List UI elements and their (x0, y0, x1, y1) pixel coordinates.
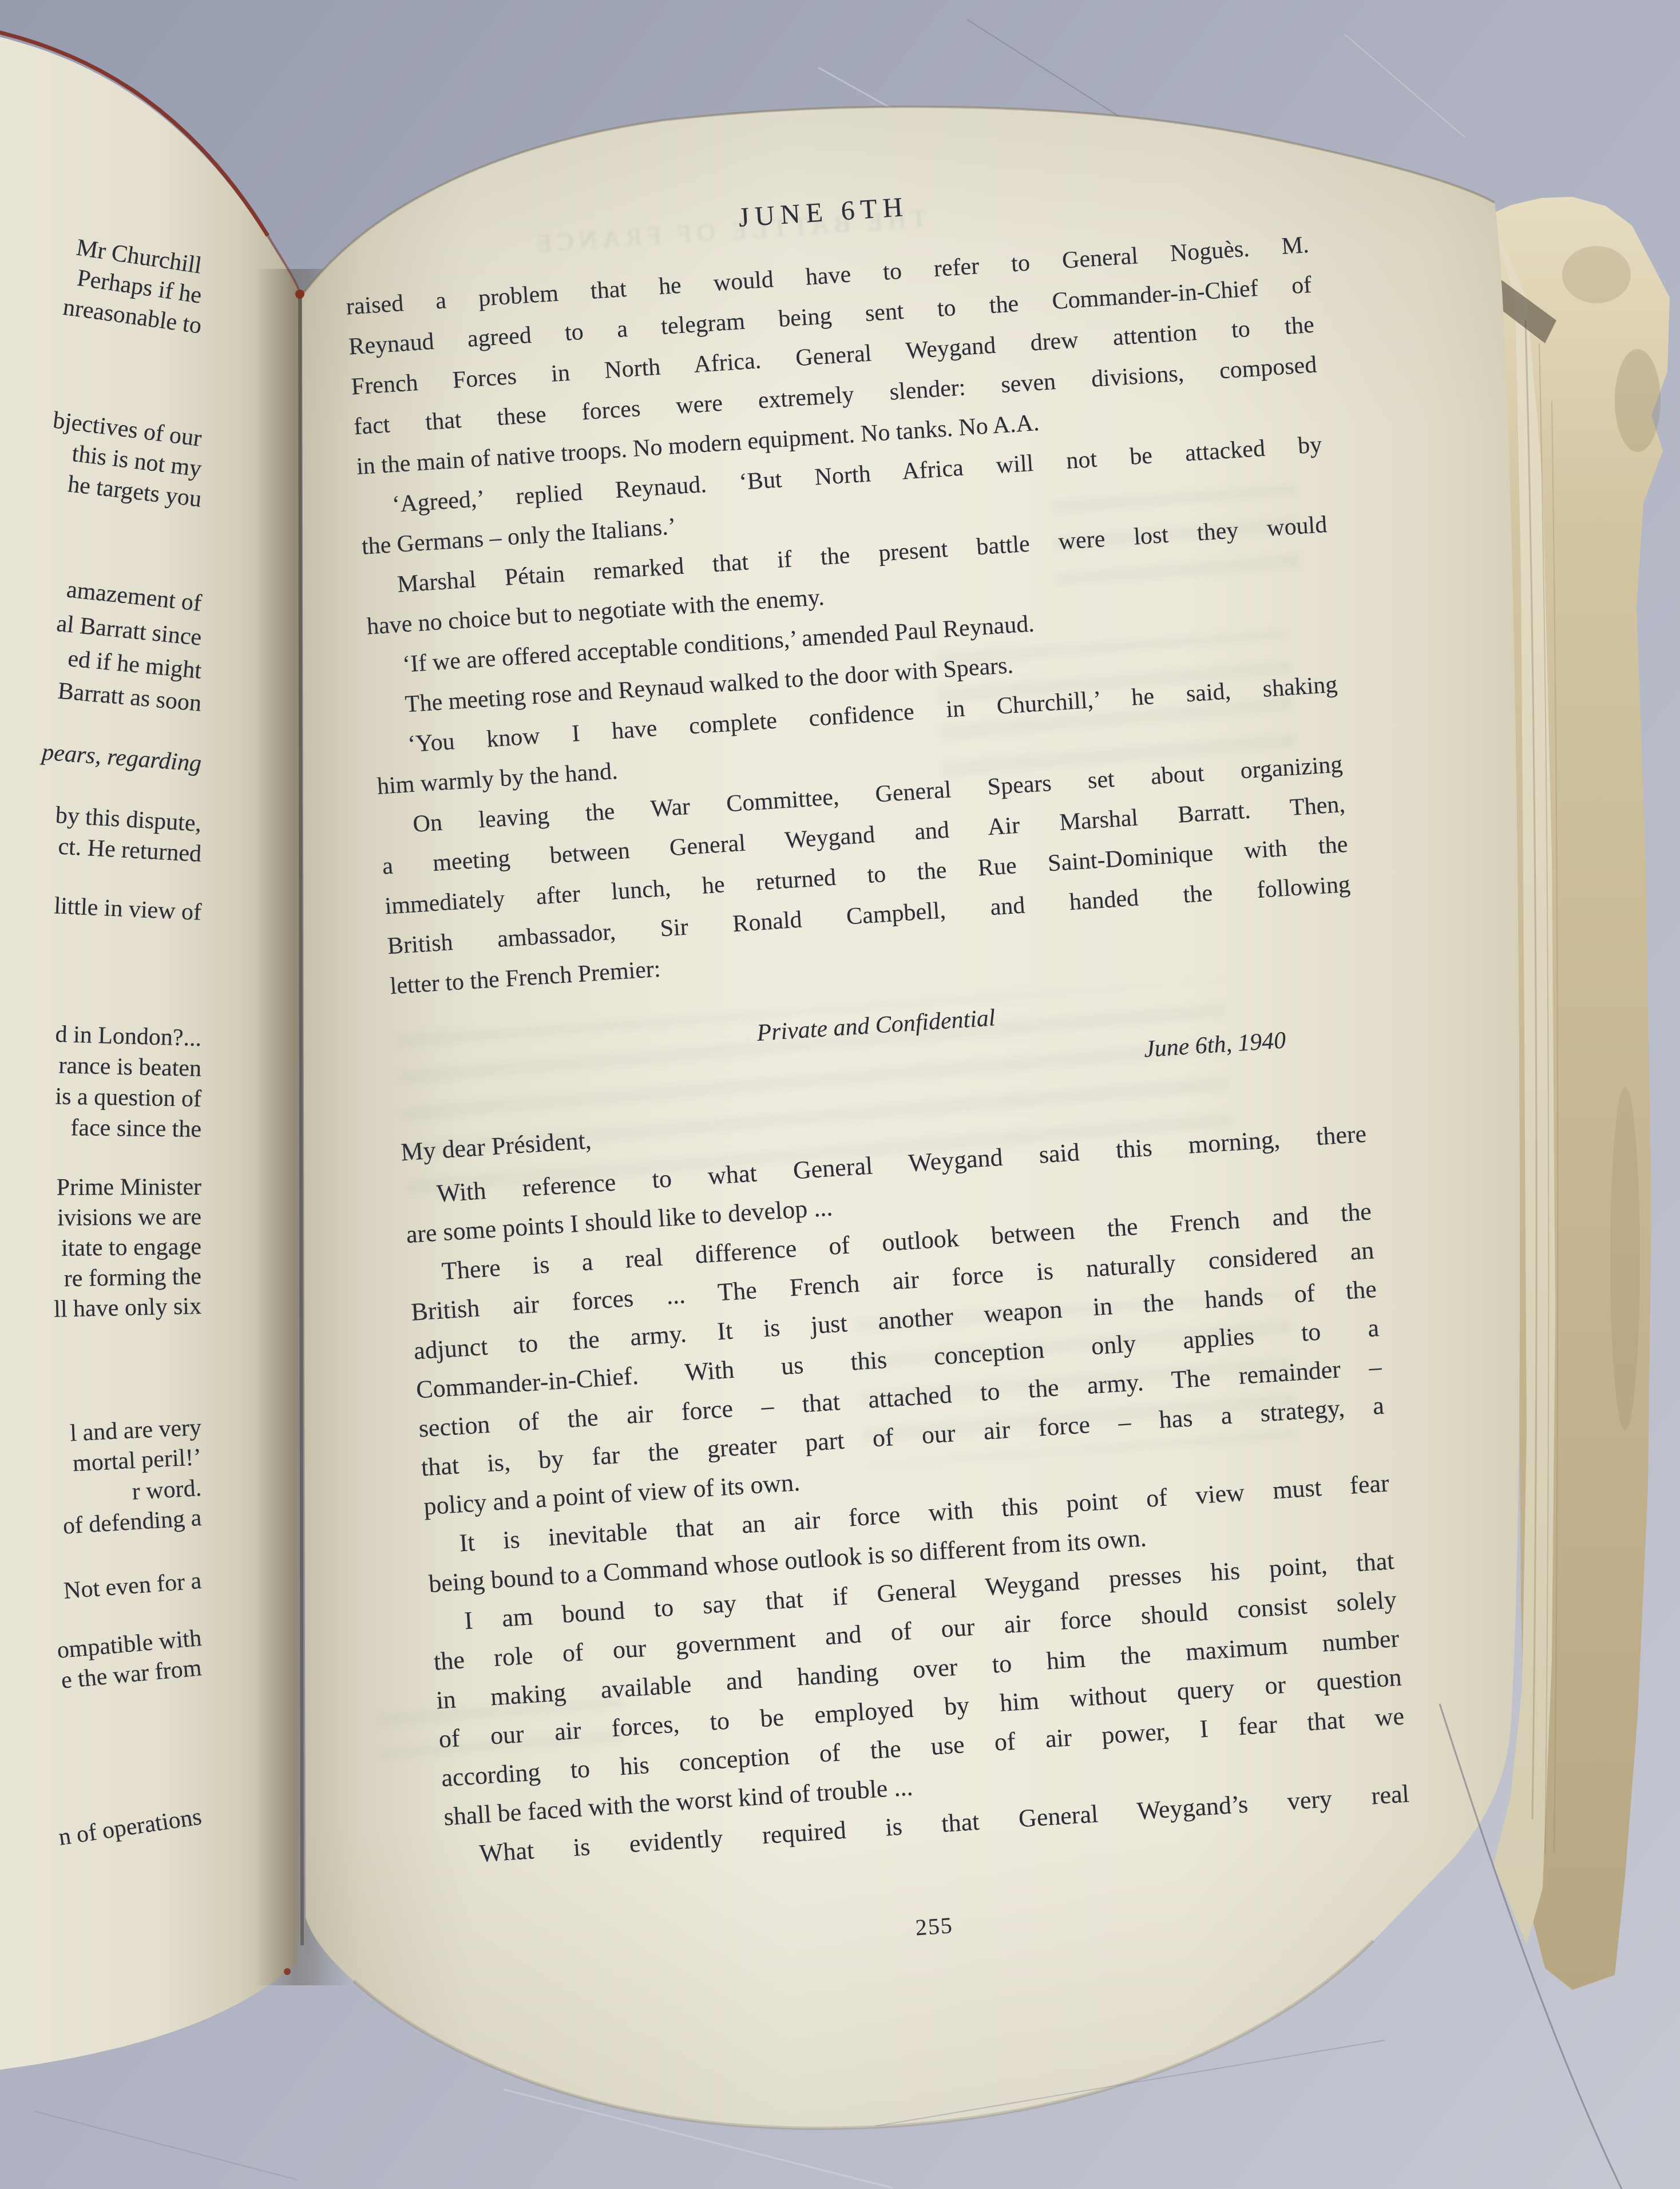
right-page-body: JUNE 6THraised a problem that he would h… (341, 165, 1417, 1970)
gutter-crease (300, 298, 302, 1945)
left-page-fragment: is a question of (0, 1081, 201, 1114)
left-page-fragment: re forming the (0, 1262, 201, 1295)
left-page-fragment: ivisions we are (0, 1203, 201, 1233)
left-page-fragment: Prime Minister (0, 1173, 201, 1202)
left-page-fragment: ll have only six (0, 1292, 202, 1326)
jacket-stain (1610, 1087, 1640, 1430)
left-page-fragment: itate to engage (0, 1232, 201, 1264)
left-page-fragment: face since the (0, 1112, 201, 1144)
red-cover-speck (295, 290, 304, 299)
book-photo: Mr ChurchillPerhaps if henreasonable tob… (0, 0, 1680, 2189)
left-page-fragment: d in London?... (0, 1018, 202, 1053)
red-cover-speck (284, 1968, 291, 1975)
jacket-stain (1562, 246, 1631, 303)
left-page-fragment: rance is beaten (0, 1049, 202, 1084)
right-page-text: THE BATTLE OF FRANCE JUNE 6THraised a pr… (341, 165, 1417, 1970)
jacket-stain (1615, 349, 1661, 452)
